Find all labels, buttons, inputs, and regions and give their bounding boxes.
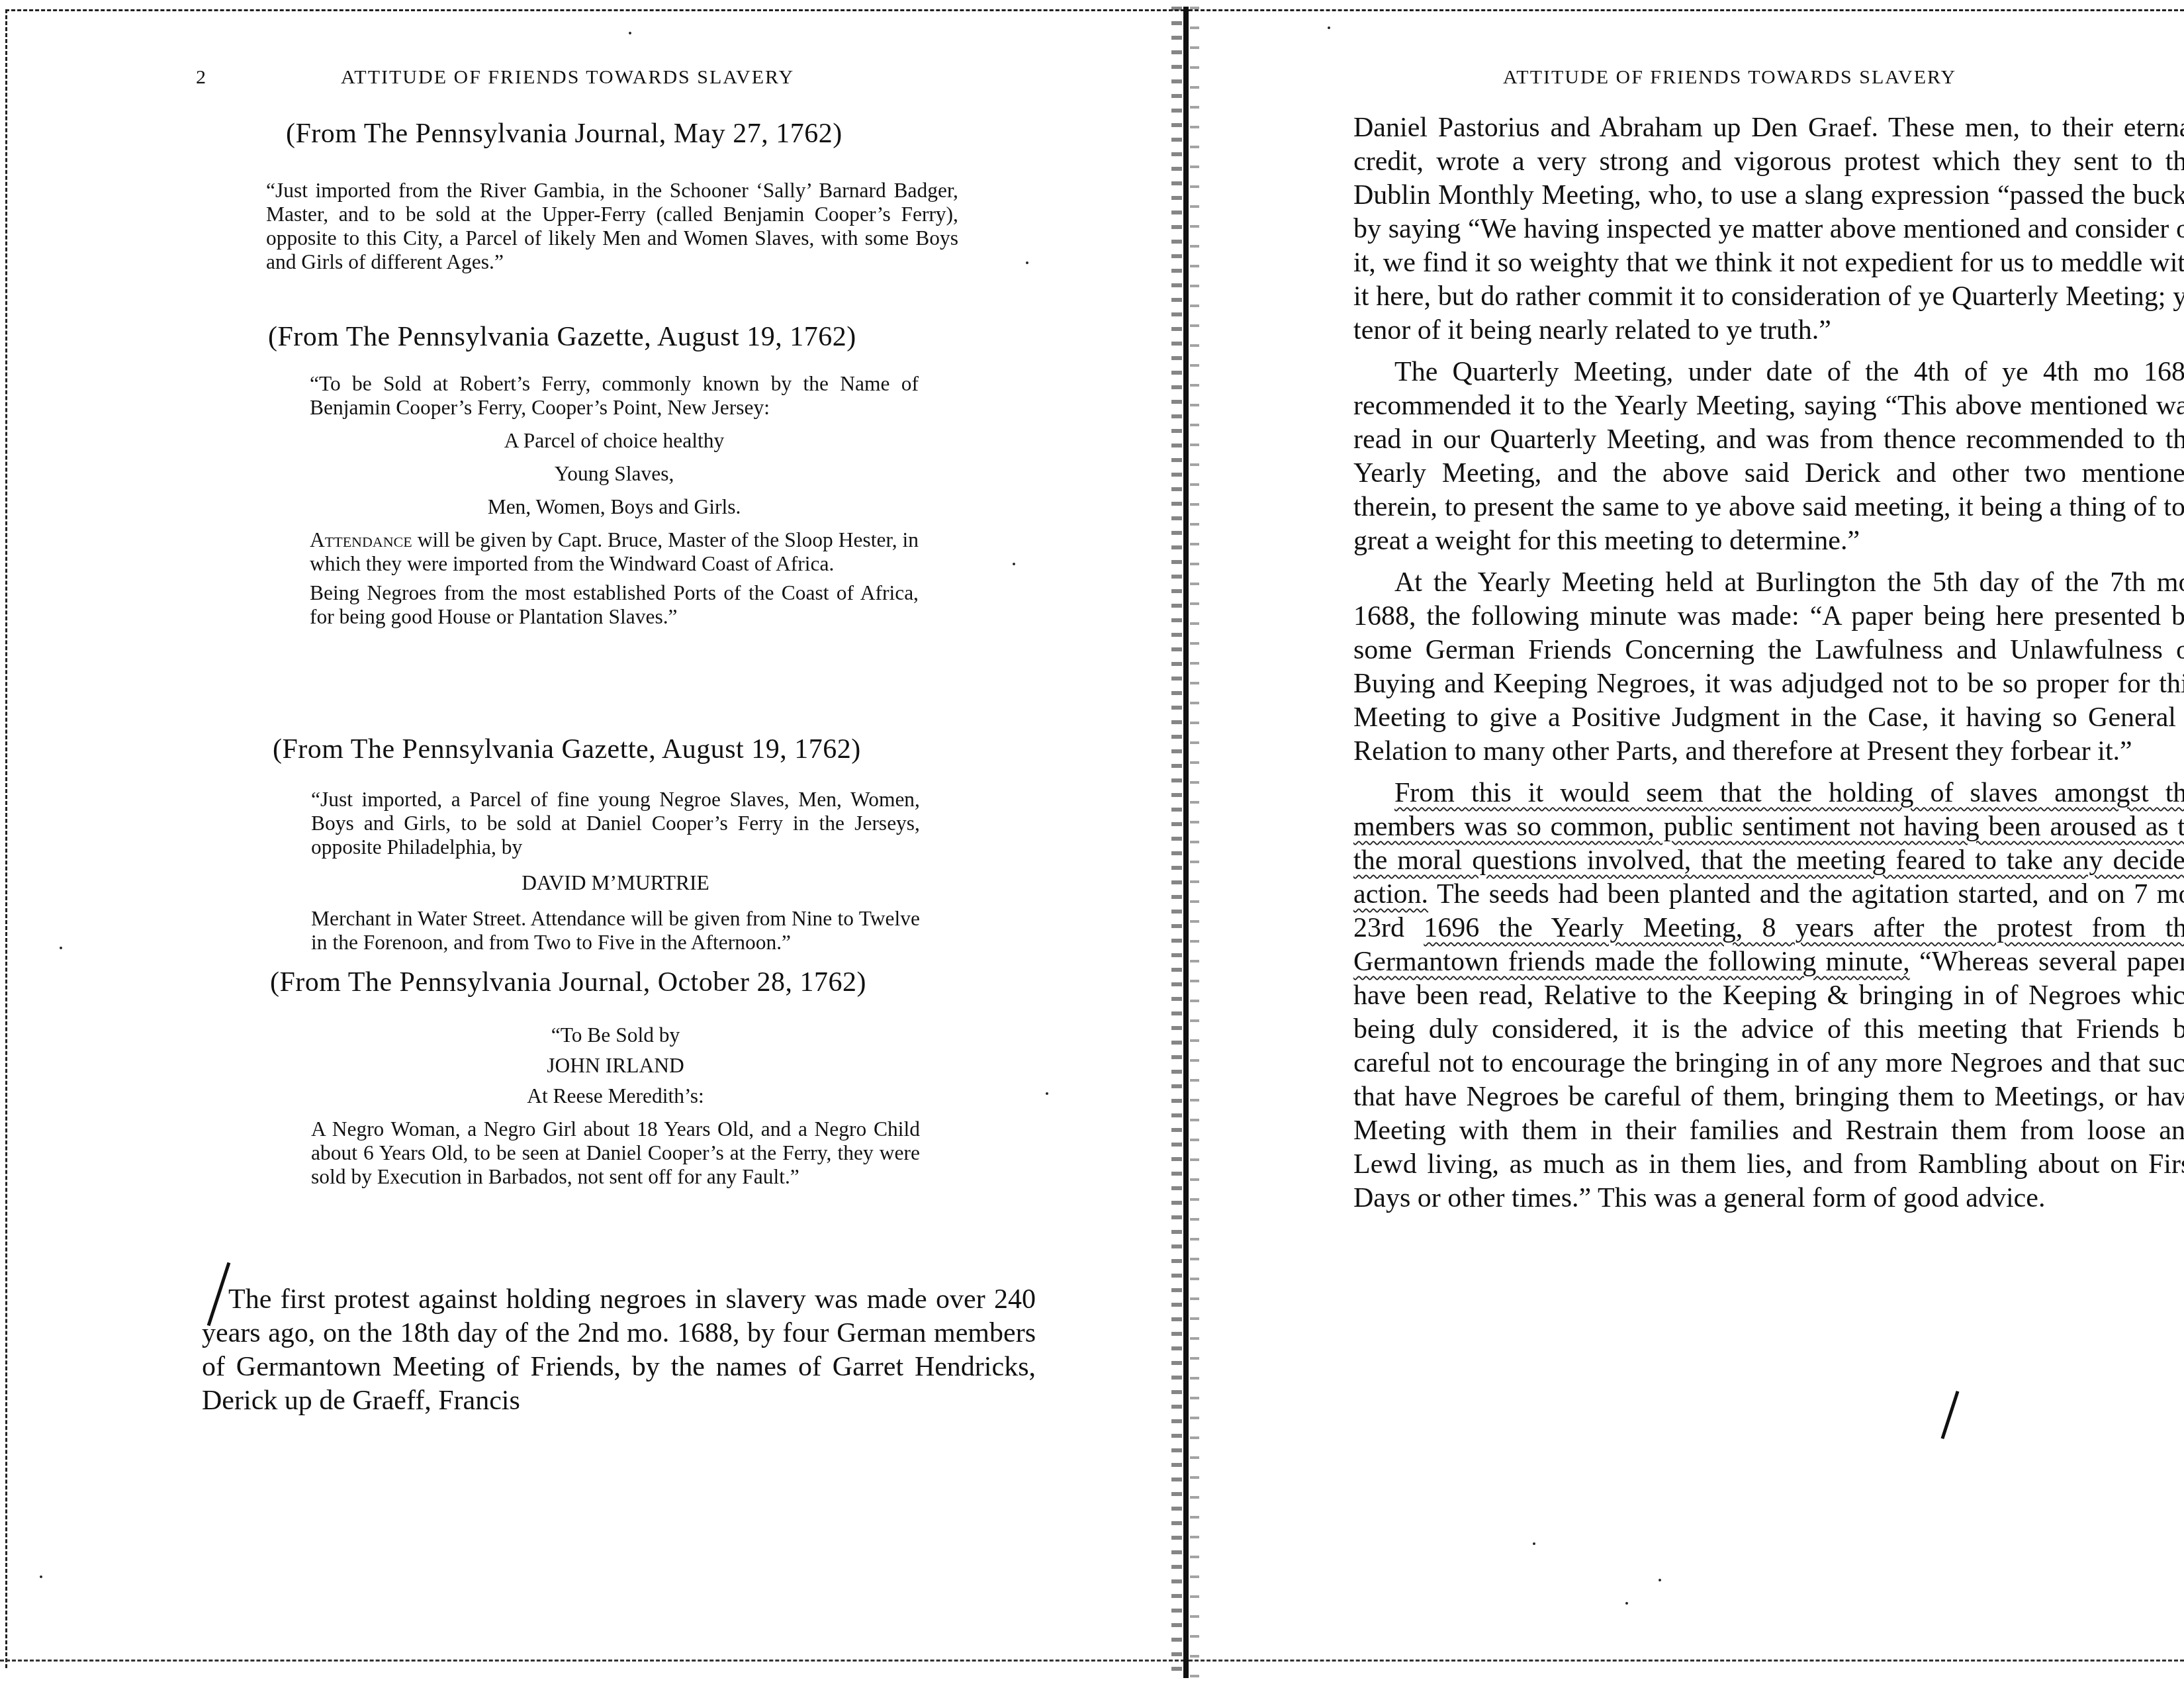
ad-centered-line: A Parcel of choice healthy	[310, 429, 919, 453]
page-edge-top	[5, 9, 1185, 11]
advertisement-2: “To be Sold at Robert’s Ferry, commonly …	[310, 372, 919, 634]
scan-speck	[1013, 563, 1015, 565]
source-heading: (From The Pennsylvania Gazette, August 1…	[273, 733, 861, 765]
running-head: ATTITUDE OF FRIENDS TOWARDS SLAVERY	[341, 66, 794, 89]
scan-speck	[629, 32, 631, 34]
paragraph-text: The first protest against holding negroe…	[202, 1283, 1036, 1418]
scan-speck	[40, 1575, 42, 1578]
merchant-name: DAVID M’MURTRIE	[311, 871, 920, 895]
page-edge-left	[5, 9, 7, 1668]
source-heading: (From The Pennsylvania Gazette, August 1…	[268, 321, 856, 353]
book-spine	[1183, 7, 1189, 1678]
scan-speck	[1625, 1602, 1628, 1605]
ad-centered-line: Men, Women, Boys and Girls.	[310, 495, 919, 519]
ad-centered-line: At Reese Meredith’s:	[311, 1084, 920, 1108]
ad-closing: Being Negroes from the most established …	[310, 581, 919, 629]
page-edge-bottom	[1189, 1660, 2184, 1662]
source-heading: (From The Pennsylvania Journal, October …	[270, 966, 866, 998]
paragraph-text: The Quarterly Meeting, under date of the…	[1353, 355, 2184, 558]
page-edge-top	[1189, 9, 2184, 11]
scan-speck	[1328, 26, 1330, 29]
paragraph-text: At the Yearly Meeting held at Burlington…	[1353, 566, 2184, 769]
scan-speck	[60, 947, 62, 949]
ad-closing: Merchant in Water Street. Attendance wil…	[311, 907, 920, 955]
ad-intro: “Just imported, a Parcel of fine young N…	[311, 788, 920, 859]
advertisement-1: “Just imported from the River Gambia, in…	[266, 179, 958, 279]
right-body: Daniel Pastorius and Abraham up Den Grae…	[1353, 111, 2184, 1215]
seller-name: JOHN IRLAND	[311, 1054, 920, 1078]
ad-centered-line: “To Be Sold by	[311, 1023, 920, 1047]
scan-speck	[1533, 1542, 1535, 1545]
left-page: 2 ATTITUDE OF FRIENDS TOWARDS SLAVERY (F…	[0, 0, 1185, 1688]
scan-speck	[1659, 1579, 1661, 1581]
scan-speck	[1046, 1092, 1048, 1095]
ad-centered-line: Young Slaves,	[310, 462, 919, 486]
source-heading: (From The Pennsylvania Journal, May 27, …	[286, 118, 842, 150]
ad-text: “Just imported from the River Gambia, in…	[266, 179, 958, 274]
annotated-paragraph: From this it would seem that the holding…	[1353, 776, 2184, 1215]
scan-speck	[1026, 261, 1028, 264]
page-number: 2	[196, 66, 206, 89]
pencil-mark-icon	[1941, 1391, 1960, 1439]
advertisement-4: “To Be Sold by JOHN IRLAND At Reese Mere…	[311, 1019, 920, 1194]
paragraph-text: “Whereas several papers have been read, …	[1353, 947, 2184, 1213]
ad-intro: “To be Sold at Robert’s Ferry, commonly …	[310, 372, 919, 420]
advertisement-3: “Just imported, a Parcel of fine young N…	[311, 788, 920, 960]
page-edge-bottom	[0, 1660, 1185, 1662]
book-gutter-shadow	[1171, 7, 1182, 1678]
paragraph-text: Daniel Pastorius and Abraham up Den Grae…	[1353, 111, 2184, 348]
right-page: ATTITUDE OF FRIENDS TOWARDS SLAVERY Dani…	[1189, 0, 2184, 1688]
main-paragraph: The first protest against holding negroe…	[202, 1283, 1036, 1418]
running-head: ATTITUDE OF FRIENDS TOWARDS SLAVERY	[1503, 66, 1956, 89]
ad-attendance: Attendance will be given by Capt. Bruce,…	[310, 528, 919, 576]
attendance-lead: Attendance	[310, 528, 412, 551]
ad-closing: A Negro Woman, a Negro Girl about 18 Yea…	[311, 1117, 920, 1189]
